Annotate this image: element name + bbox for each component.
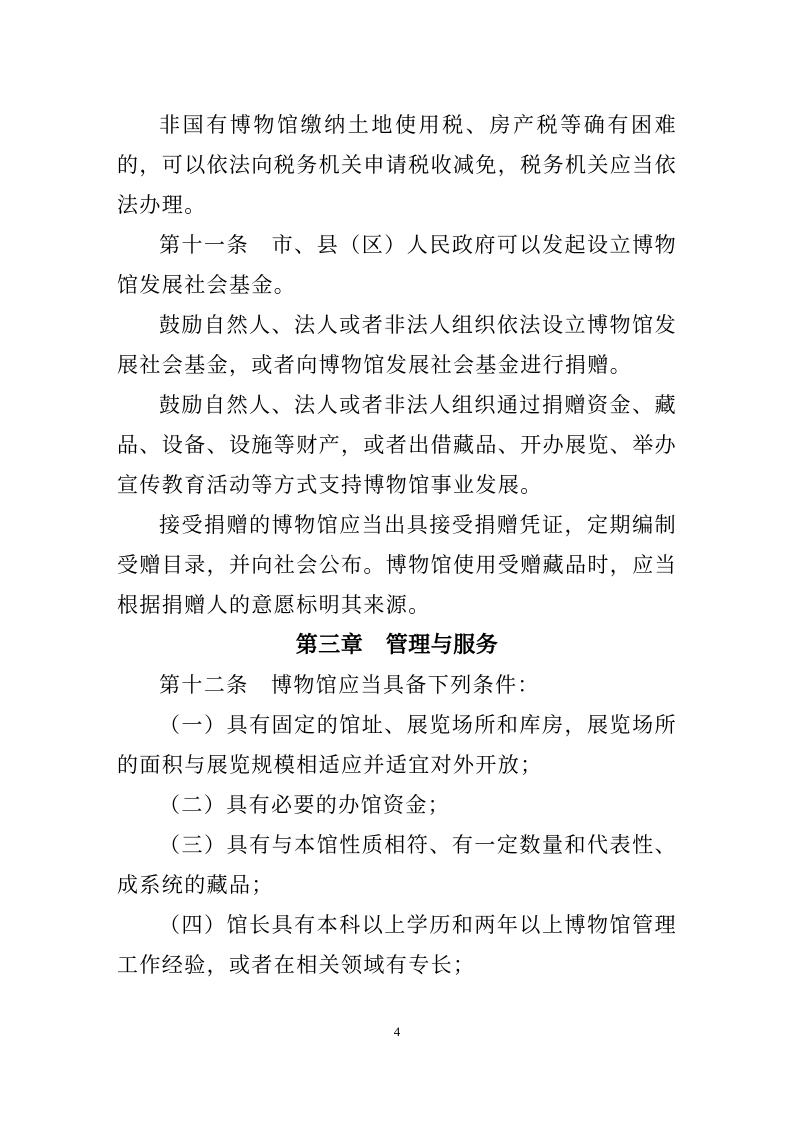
document-body: 非国有博物馆缴纳土地使用税、房产税等确有困难的，可以依法向税务机关申请税收减免，… [117,105,677,985]
document-page: 非国有博物馆缴纳土地使用税、房产税等确有困难的，可以依法向税务机关申请税收减免，… [0,0,794,1123]
paragraph: 鼓励自然人、法人或者非法人组织依法设立博物馆发展社会基金，或者向博物馆发展社会基… [117,305,677,385]
paragraph: （三）具有与本馆性质相符、有一定数量和代表性、成系统的藏品； [117,825,677,905]
paragraph: 非国有博物馆缴纳土地使用税、房产税等确有困难的，可以依法向税务机关申请税收减免，… [117,105,677,225]
paragraph: 接受捐赠的博物馆应当出具接受捐赠凭证，定期编制受赠目录，并向社会公布。博物馆使用… [117,505,677,625]
paragraph: （一）具有固定的馆址、展览场所和库房，展览场所的面积与展览规模相适应并适宜对外开… [117,705,677,785]
paragraph: 第十一条 市、县（区）人民政府可以发起设立博物馆发展社会基金。 [117,225,677,305]
paragraph: 鼓励自然人、法人或者非法人组织通过捐赠资金、藏品、设备、设施等财产，或者出借藏品… [117,385,677,505]
paragraph: 第十二条 博物馆应当具备下列条件： [117,665,677,705]
paragraph: （四）馆长具有本科以上学历和两年以上博物馆管理工作经验，或者在相关领域有专长； [117,905,677,985]
page-number: 4 [0,1024,794,1040]
paragraph: （二）具有必要的办馆资金； [117,785,677,825]
chapter-heading: 第三章 管理与服务 [117,625,677,665]
